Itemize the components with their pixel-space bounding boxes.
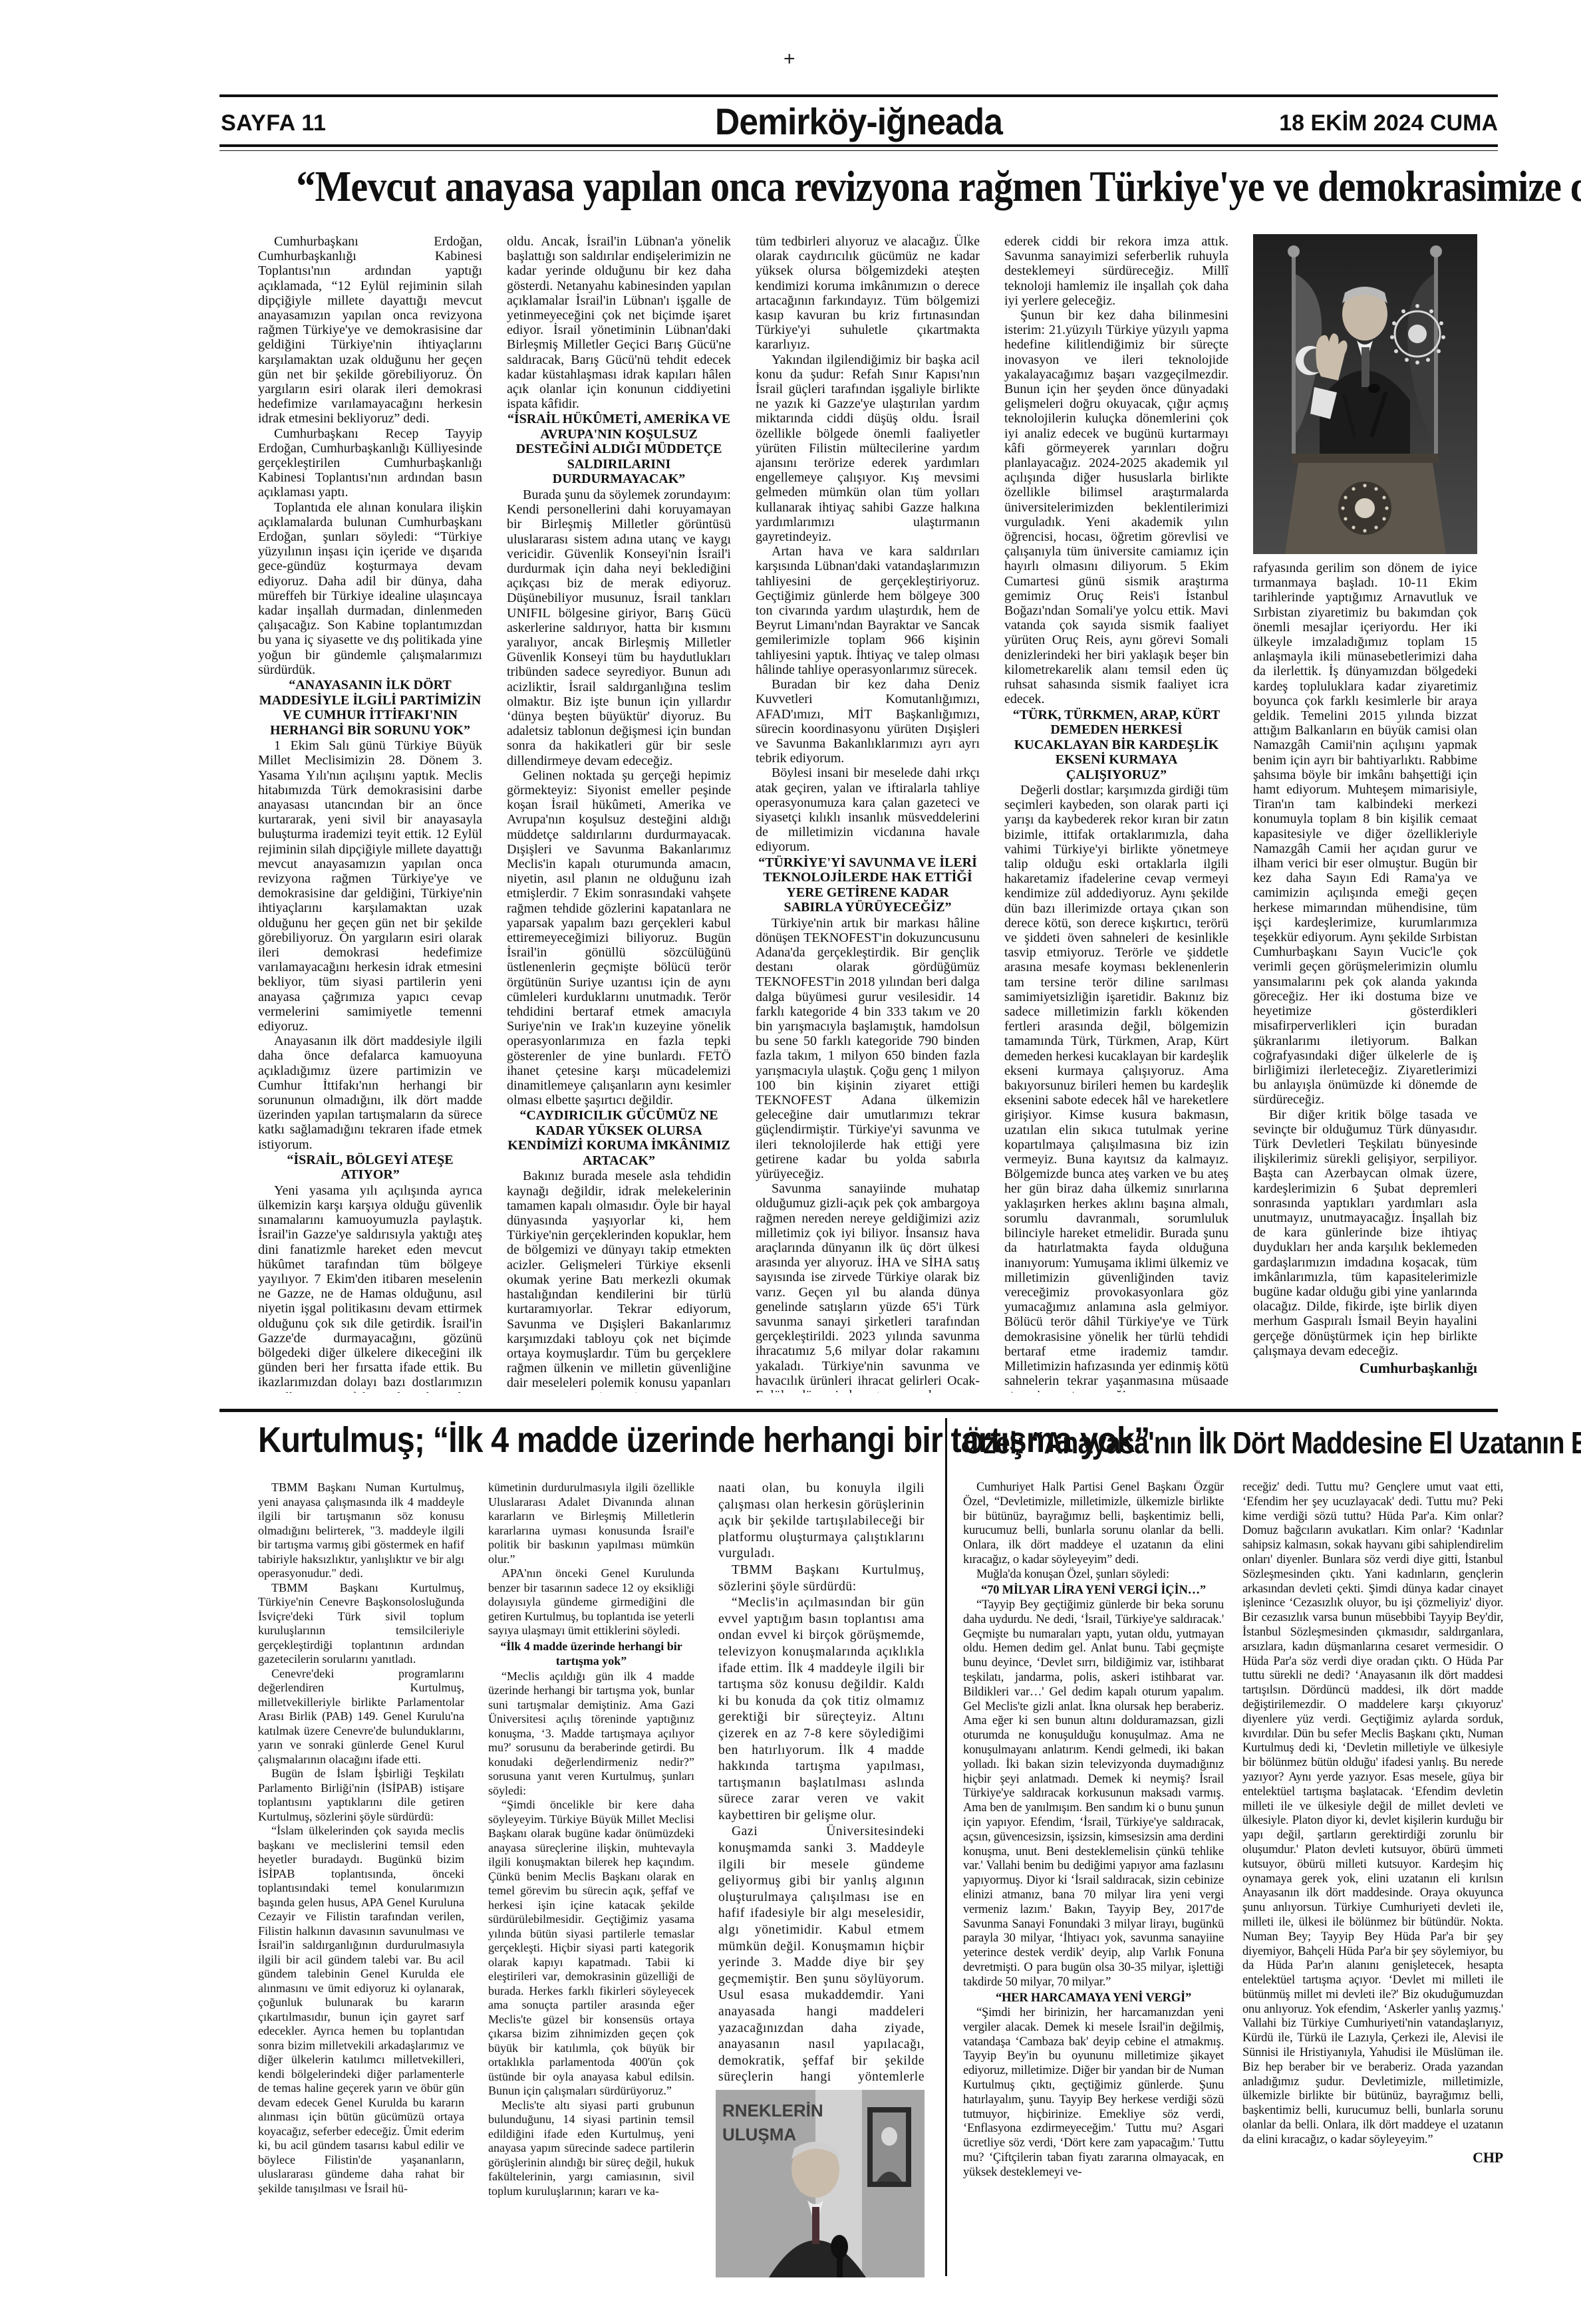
erdogan-photo-graphic	[1253, 234, 1477, 554]
body-paragraph: Değerli dostlar; karşımızda girdiği tüm …	[1004, 783, 1228, 1393]
body-paragraph: 1 Ekim Salı günü Türkiye Büyük Millet Me…	[258, 738, 482, 1034]
section-divider-rule	[219, 1409, 1498, 1412]
body-paragraph: oldu. Ancak, İsrail'in Lübnan'a yönelik …	[507, 234, 731, 411]
body-paragraph: “Tayyip Bey geçtiğimiz günlerde bir beka…	[963, 1598, 1224, 1990]
ozel-column-1: Cumhuriyet Halk Partisi Genel Başkanı Öz…	[963, 1481, 1224, 2276]
kurtulmus-photo-graphic: RNEKLERİN ULUŞMA	[716, 2090, 925, 2277]
body-paragraph: Bugün de İslam İşbirliği Teşkilatı Parla…	[258, 1767, 464, 1824]
sub-heading: “CAYDIRICILIK GÜCÜMÜZ NE KADAR YÜKSEK OL…	[507, 1108, 731, 1168]
main-article-column-5: rafyasında gerilim son dönem de iyice tı…	[1253, 234, 1477, 1393]
body-paragraph: Artan hava ve kara saldırıları karşısınd…	[756, 544, 980, 677]
body-paragraph: TBMM Başkanı Kurtulmuş, Türkiye'nin Cene…	[258, 1581, 464, 1667]
sub-heading: “İSRAİL, BÖLGEYİ ATEŞE ATIYOR”	[258, 1153, 482, 1183]
body-paragraph: Savunma sanayiinde muhatap olduğumuz giz…	[756, 1181, 980, 1393]
main-article-column-4: ederek ciddi bir rekora imza attık. Savu…	[1004, 234, 1228, 1393]
body-paragraph: Anayasanın ilk dört maddesiyle ilgili da…	[258, 1034, 482, 1152]
body-paragraph: Şunun bir kez daha bilinmesini isterim: …	[1004, 308, 1228, 706]
main-article-column-3: tüm tedbirleri alıyoruz ve alacağız. Ülk…	[756, 234, 980, 1393]
issue-date: 18 EKİM 2024 CUMA	[219, 110, 1498, 136]
body-paragraph: Yeni yasama yılı açılışında ayrıca ülkem…	[258, 1183, 482, 1393]
signature: CHP	[1242, 2150, 1503, 2165]
body-paragraph: tüm tedbirleri alıyoruz ve alacağız. Ülk…	[756, 234, 980, 353]
kurtulmus-photo: RNEKLERİN ULUŞMA	[716, 2090, 925, 2277]
kurtulmus-column-1: TBMM Başkanı Numan Kurtulmuş, yeni anaya…	[258, 1481, 464, 2276]
main-article-column-1: Cumhurbaşkanı Erdoğan, Cumhurbaşkanlığı …	[258, 234, 482, 1393]
main-article-column-5-text: rafyasında gerilim son dönem de iyice tı…	[1253, 561, 1477, 1376]
body-paragraph: Meclis'te altı siyasi parti grubunun bul…	[488, 2099, 694, 2199]
article-vertical-divider	[945, 1418, 947, 2276]
body-paragraph: Bir diğer kritik bölge tasada ve sevinçt…	[1253, 1107, 1477, 1358]
newspaper-page: + SAYFA 11 Demirköy-iğneada 18 EKİM 2024…	[0, 0, 1581, 2324]
header-rule-bottom-thin	[219, 150, 1498, 151]
body-paragraph: Cumhuriyet Halk Partisi Genel Başkanı Öz…	[963, 1481, 1224, 1568]
sub-heading: “TÜRK, TÜRKMEN, ARAP, KÜRT DEMEDEN HERKE…	[1004, 708, 1228, 783]
sub-heading: “ANAYASANIN İLK DÖRT MADDESİYLE İLGİLİ P…	[258, 678, 482, 738]
sub-heading: “TÜRKİYE'Yİ SAVUNMA VE İLERİ TEKNOLOJİLE…	[756, 855, 980, 915]
body-paragraph: Burada şunu da söylemek zorundayım: Kend…	[507, 488, 731, 768]
body-paragraph: Gazi Üniversitesindeki konuşmamda sanki …	[718, 1824, 925, 2087]
body-paragraph: Muğla'da konuşan Özel, şunları söyledi:	[963, 1568, 1224, 1582]
header-rule-top	[219, 94, 1498, 97]
body-paragraph: Türkiye'nin artık bir markası hâline dön…	[756, 916, 980, 1182]
kurtulmus-column-2: kümetinin durdurulmasıyla ilgili özellik…	[488, 1481, 694, 2276]
ozel-article-headline: Özel: “Anayasa'nın İlk Dört Maddesine El…	[963, 1425, 1427, 1461]
body-paragraph: Gelinen noktada şu gerçeği hepimiz görme…	[507, 768, 731, 1108]
kurtulmus-column-3: naati olan, bu konuyla ilgili çalışması …	[718, 1481, 925, 2087]
body-paragraph: Cenevre'deki programlarını değerlendiren…	[258, 1667, 464, 1767]
body-paragraph: “Şimdi her birinizin, her harcamanızdan …	[963, 2006, 1224, 2180]
sub-heading: “70 MİLYAR LİRA YENİ VERGİ İÇİN…”	[963, 1583, 1224, 1598]
body-paragraph: Yakından ilgilendiğimiz bir başka acil k…	[756, 353, 980, 545]
main-headline: “Mevcut anayasa yapılan onca revizyona r…	[296, 162, 1421, 212]
ozel-column-2: receğiz' dedi. Tuttu mu? Gençlere umut v…	[1242, 1481, 1503, 2276]
body-paragraph: rafyasında gerilim son dönem de iyice tı…	[1253, 561, 1477, 1107]
sub-heading: “İlk 4 madde üzerinde herhangi bir tartı…	[488, 1639, 694, 1669]
body-paragraph: “Şimdi öncelikle bir kere daha söyleyeyi…	[488, 1798, 694, 2099]
main-article-column-2: oldu. Ancak, İsrail'in Lübnan'a yönelik …	[507, 234, 731, 1393]
main-article-columns: Cumhurbaşkanı Erdoğan, Cumhurbaşkanlığı …	[258, 234, 1478, 1393]
body-paragraph: Bakınız burada mesele asla tehdidin kayn…	[507, 1169, 731, 1393]
sub-heading: “HER HARCAMAYA YENİ VERGİ”	[963, 1991, 1224, 2006]
body-paragraph: TBMM Başkanı Numan Kurtulmuş, yeni anaya…	[258, 1481, 464, 1581]
body-paragraph: “İslam ülkelerinden çok sayıda meclis ba…	[258, 1824, 464, 2196]
body-paragraph: APA'nın önceki Genel Kurulunda benzer bi…	[488, 1566, 694, 1638]
signature: Cumhurbaşkanlığı	[1253, 1361, 1477, 1376]
body-paragraph: receğiz' dedi. Tuttu mu? Gençlere umut v…	[1242, 1481, 1503, 2148]
body-paragraph: Cumhurbaşkanı Recep Tayyip Erdoğan, Cumh…	[258, 426, 482, 500]
body-paragraph: TBMM Başkanı Kurtulmuş, sözlerini şöyle …	[718, 1562, 925, 1595]
crop-mark: +	[784, 48, 795, 71]
body-paragraph: Böylesi insani bir meselede dahi ırkçı a…	[756, 766, 980, 854]
body-paragraph: “Meclis açıldığı gün ilk 4 madde üzerind…	[488, 1670, 694, 1799]
sub-heading: “İSRAİL HÜKÛMETİ, AMERİKA VE AVRUPA'NIN …	[507, 412, 731, 487]
photo-banner-text-1: RNEKLERİN	[722, 2101, 823, 2120]
erdogan-photo	[1253, 234, 1477, 554]
body-paragraph: Buradan bir kez daha Deniz Kuvvetleri Ko…	[756, 677, 980, 766]
header-rule-bottom	[219, 144, 1498, 147]
body-paragraph: “Meclis'in açılmasından bir gün evvel ya…	[718, 1595, 925, 1824]
body-paragraph: Cumhurbaşkanı Erdoğan, Cumhurbaşkanlığı …	[258, 234, 482, 426]
body-paragraph: ederek ciddi bir rekora imza attık. Savu…	[1004, 234, 1228, 308]
body-paragraph: naati olan, bu konuyla ilgili çalışması …	[718, 1481, 925, 1562]
kurtulmus-article-headline: Kurtulmuş; “İlk 4 madde üzerinde herhang…	[258, 1419, 881, 1461]
photo-banner-text-2: ULUŞMA	[722, 2124, 796, 2144]
ozel-article-columns: Cumhuriyet Halk Partisi Genel Başkanı Öz…	[963, 1481, 1503, 2276]
body-paragraph: Toplantıda ele alınan konulara ilişkin a…	[258, 500, 482, 677]
body-paragraph: kümetinin durdurulmasıyla ilgili özellik…	[488, 1481, 694, 1566]
